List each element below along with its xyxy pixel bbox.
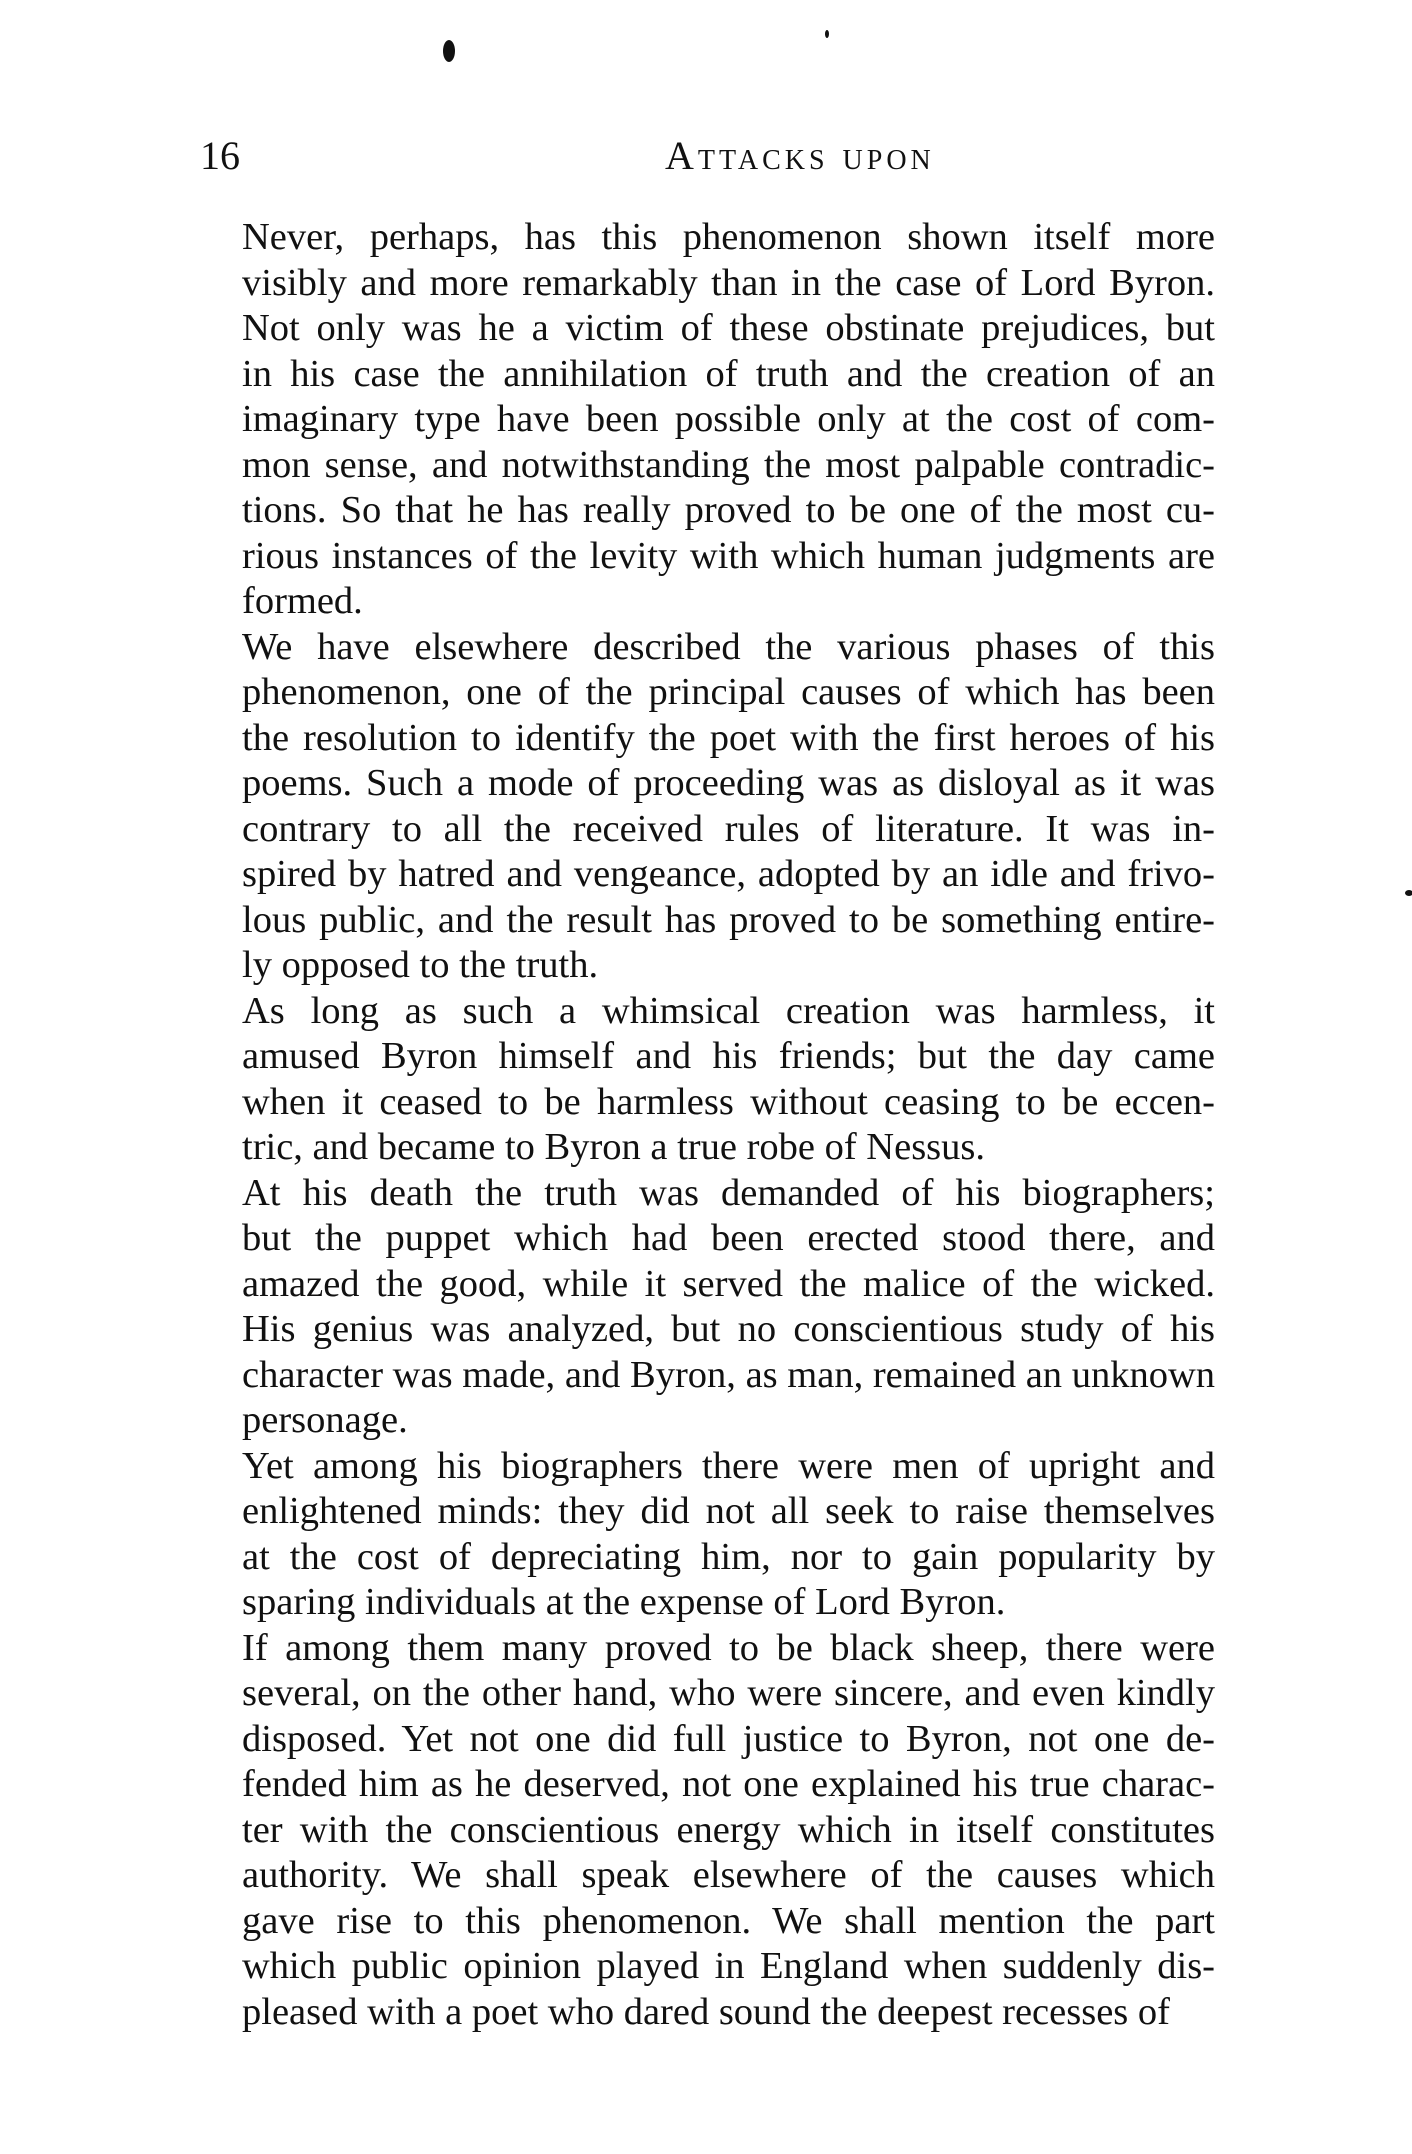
page-number: 16 (200, 132, 240, 179)
paragraph: Yet among his biographers there were men… (200, 1444, 1215, 1626)
text-line: tric, and became to Byron a true robe of… (200, 1125, 1215, 1171)
text-line: when it ceased to be harmless without ce… (200, 1080, 1215, 1126)
text-line: authority. We shall speak elsewhere of t… (200, 1853, 1215, 1899)
paragraph: As long as such a whimsical creation was… (200, 989, 1215, 1171)
ink-speck (825, 30, 829, 38)
text-line: We have elsewhere described the various … (200, 625, 1215, 671)
text-line: enlightened minds: they did not all seek… (200, 1489, 1215, 1535)
text-line: character was made, and Byron, as man, r… (200, 1353, 1215, 1399)
text-line: lous public, and the result has proved t… (200, 898, 1215, 944)
text-line: in his case the annihilation of truth an… (200, 352, 1215, 398)
text-line: gave rise to this phenomenon. We shall m… (200, 1899, 1215, 1945)
text-line: phenomenon, one of the principal causes … (200, 670, 1215, 716)
text-line: Not only was he a victim of these obstin… (200, 306, 1215, 352)
text-line: mon sense, and notwithstanding the most … (200, 443, 1215, 489)
text-line: At his death the truth was demanded of h… (200, 1171, 1215, 1217)
page-header: 16 Attacks upon (200, 132, 1220, 192)
text-line: but the puppet which had been erected st… (200, 1216, 1215, 1262)
text-line: If among them many proved to be black sh… (200, 1626, 1215, 1672)
text-line: contrary to all the received rules of li… (200, 807, 1215, 853)
text-line: spired by hatred and vengeance, adopted … (200, 852, 1215, 898)
text-line: rious instances of the levity with which… (200, 534, 1215, 580)
text-line: disposed. Yet not one did full justice t… (200, 1717, 1215, 1763)
text-line: ter with the conscientious energy which … (200, 1808, 1215, 1854)
text-line: poems. Such a mode of proceeding was as … (200, 761, 1215, 807)
running-title: Attacks upon (665, 132, 935, 179)
text-line: amused Byron himself and his friends; bu… (200, 1034, 1215, 1080)
text-line: His genius was analyzed, but no conscien… (200, 1307, 1215, 1353)
text-line: formed. (200, 579, 1215, 625)
text-line: fended him as he deserved, not one expla… (200, 1762, 1215, 1808)
text-line: pleased with a poet who dared sound the … (200, 1990, 1215, 2036)
text-line: visibly and more remarkably than in the … (200, 261, 1215, 307)
text-line: Yet among his biographers there were men… (200, 1444, 1215, 1490)
ink-speck (1405, 890, 1412, 896)
text-line: the resolution to identify the poet with… (200, 716, 1215, 762)
ink-speck (443, 40, 455, 62)
text-line: amazed the good, while it served the mal… (200, 1262, 1215, 1308)
body-text: Never, perhaps, has this phenomenon show… (200, 215, 1215, 2035)
paragraph: Never, perhaps, has this phenomenon show… (200, 215, 1215, 625)
text-line: ly opposed to the truth. (200, 943, 1215, 989)
text-line: sparing individuals at the expense of Lo… (200, 1580, 1215, 1626)
text-line: As long as such a whimsical creation was… (200, 989, 1215, 1035)
text-line: several, on the other hand, who were sin… (200, 1671, 1215, 1717)
text-line: personage. (200, 1398, 1215, 1444)
text-line: imaginary type have been possible only a… (200, 397, 1215, 443)
paragraph: At his death the truth was demanded of h… (200, 1171, 1215, 1444)
text-line: at the cost of depreciating him, nor to … (200, 1535, 1215, 1581)
text-line: which public opinion played in England w… (200, 1944, 1215, 1990)
text-line: Never, perhaps, has this phenomenon show… (200, 215, 1215, 261)
paragraph: If among them many proved to be black sh… (200, 1626, 1215, 2036)
text-line: tions. So that he has really proved to b… (200, 488, 1215, 534)
paragraph: We have elsewhere described the various … (200, 625, 1215, 989)
